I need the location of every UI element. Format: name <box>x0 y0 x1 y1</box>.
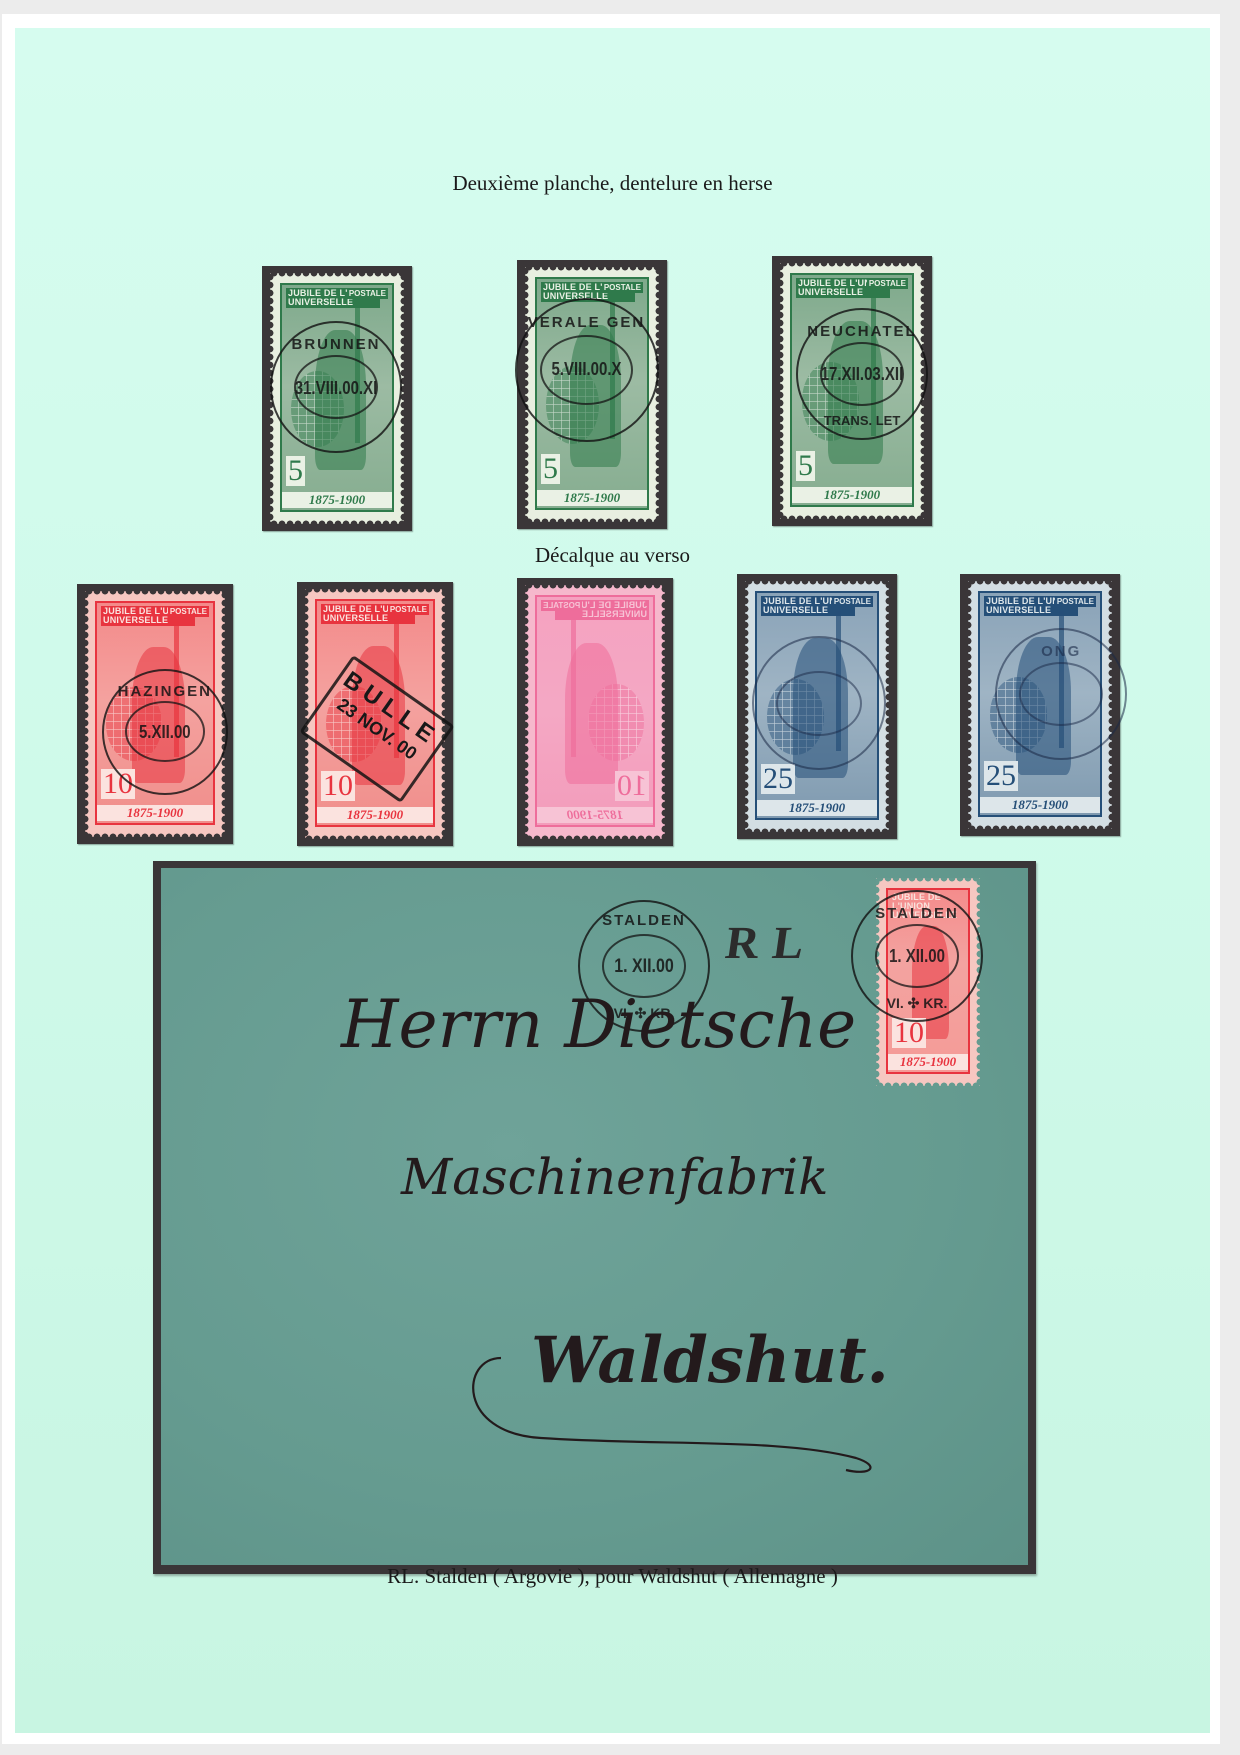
row1-stamp-3: JUBILE DE L'UNIONUNIVERSELLEPOSTALE51875… <box>772 256 932 526</box>
stamp-value: 5 <box>286 456 305 486</box>
envelope-paper: STALDEN 1. XII.00 VI. ✣ KR. RL JUBILE DE… <box>161 868 1028 1565</box>
stamp-years: 1875-1900 <box>537 490 647 506</box>
stamp-value: 25 <box>761 764 795 794</box>
circular-cancel: ONG <box>995 628 1127 760</box>
stamp-years: 1875-1900 <box>792 487 912 503</box>
registration-mark: RL <box>722 916 821 969</box>
cover-stamp-value: 10 <box>892 1018 926 1048</box>
stamp-value: 5 <box>541 454 560 484</box>
flourish-underline <box>461 1338 901 1478</box>
row2-stamp-1: JUBILE DE L'UNIONUNIVERSELLEPOSTALE10187… <box>77 584 233 844</box>
stamp-years: 1875-1900 <box>757 800 877 816</box>
row2-stamp-5: JUBILE DE L'UNIONUNIVERSELLEPOSTALE25187… <box>960 574 1120 836</box>
registered-cover: STALDEN 1. XII.00 VI. ✣ KR. RL JUBILE DE… <box>153 861 1036 1574</box>
stamp-years: 1875-1900 <box>97 805 213 821</box>
address-line-1: Herrn Dietsche <box>341 986 856 1063</box>
stalden-tie-cancel: STALDEN 1. XII.00 VI. ✣ KR. <box>851 890 983 1022</box>
circular-cancel: HAZINGEN5.XII.00 <box>102 669 228 795</box>
stamp-years: 1875-1900 <box>980 797 1100 813</box>
caption-bottom: RL. Stalden ( Argovie ), pour Waldshut (… <box>15 1564 1210 1589</box>
row1-stamp-2: JUBILE DE L'UNIONUNIVERSELLEPOSTALE51875… <box>517 260 667 529</box>
stamp-value: 10 <box>321 771 355 801</box>
stamp-years: 1875-1900 <box>317 807 433 823</box>
row2-stamp-2: JUBILE DE L'UNIONUNIVERSELLEPOSTALE10187… <box>297 582 453 846</box>
row2-stamp-3: JUBILE DE L'UNIONUNIVERSELLEPOSTALE10187… <box>517 578 673 846</box>
stamp-years: 1875-1900 <box>537 807 653 823</box>
stamp-value: 5 <box>796 451 815 481</box>
heading-top: Deuxième planche, dentelure en herse <box>15 171 1210 196</box>
album-sheet: Deuxième planche, dentelure en herse JUB… <box>2 14 1220 1744</box>
circular-cancel: BRUNNEN31.VIII.00.XI <box>270 321 402 453</box>
stamp-value: 25 <box>984 761 1018 791</box>
circular-cancel: NEUCHATEL17.XII.03.XIITRANS. LET <box>796 308 928 440</box>
stamp-value: 10 <box>615 771 649 801</box>
circular-cancel: VERALE GEN5.VIII.00.X <box>515 298 659 442</box>
address-line-2: Maschinenfabrik <box>401 1148 828 1206</box>
stamp-years: 1875-1900 <box>282 492 392 508</box>
row1-stamp-1: JUBILE DE L'UNIONUNIVERSELLEPOSTALE51875… <box>262 266 412 531</box>
album-page: Deuxième planche, dentelure en herse JUB… <box>15 28 1210 1733</box>
heading-middle: Décalque au verso <box>15 543 1210 568</box>
row2-stamp-4: JUBILE DE L'UNIONUNIVERSELLEPOSTALE25187… <box>737 574 897 839</box>
circular-cancel <box>752 636 886 770</box>
